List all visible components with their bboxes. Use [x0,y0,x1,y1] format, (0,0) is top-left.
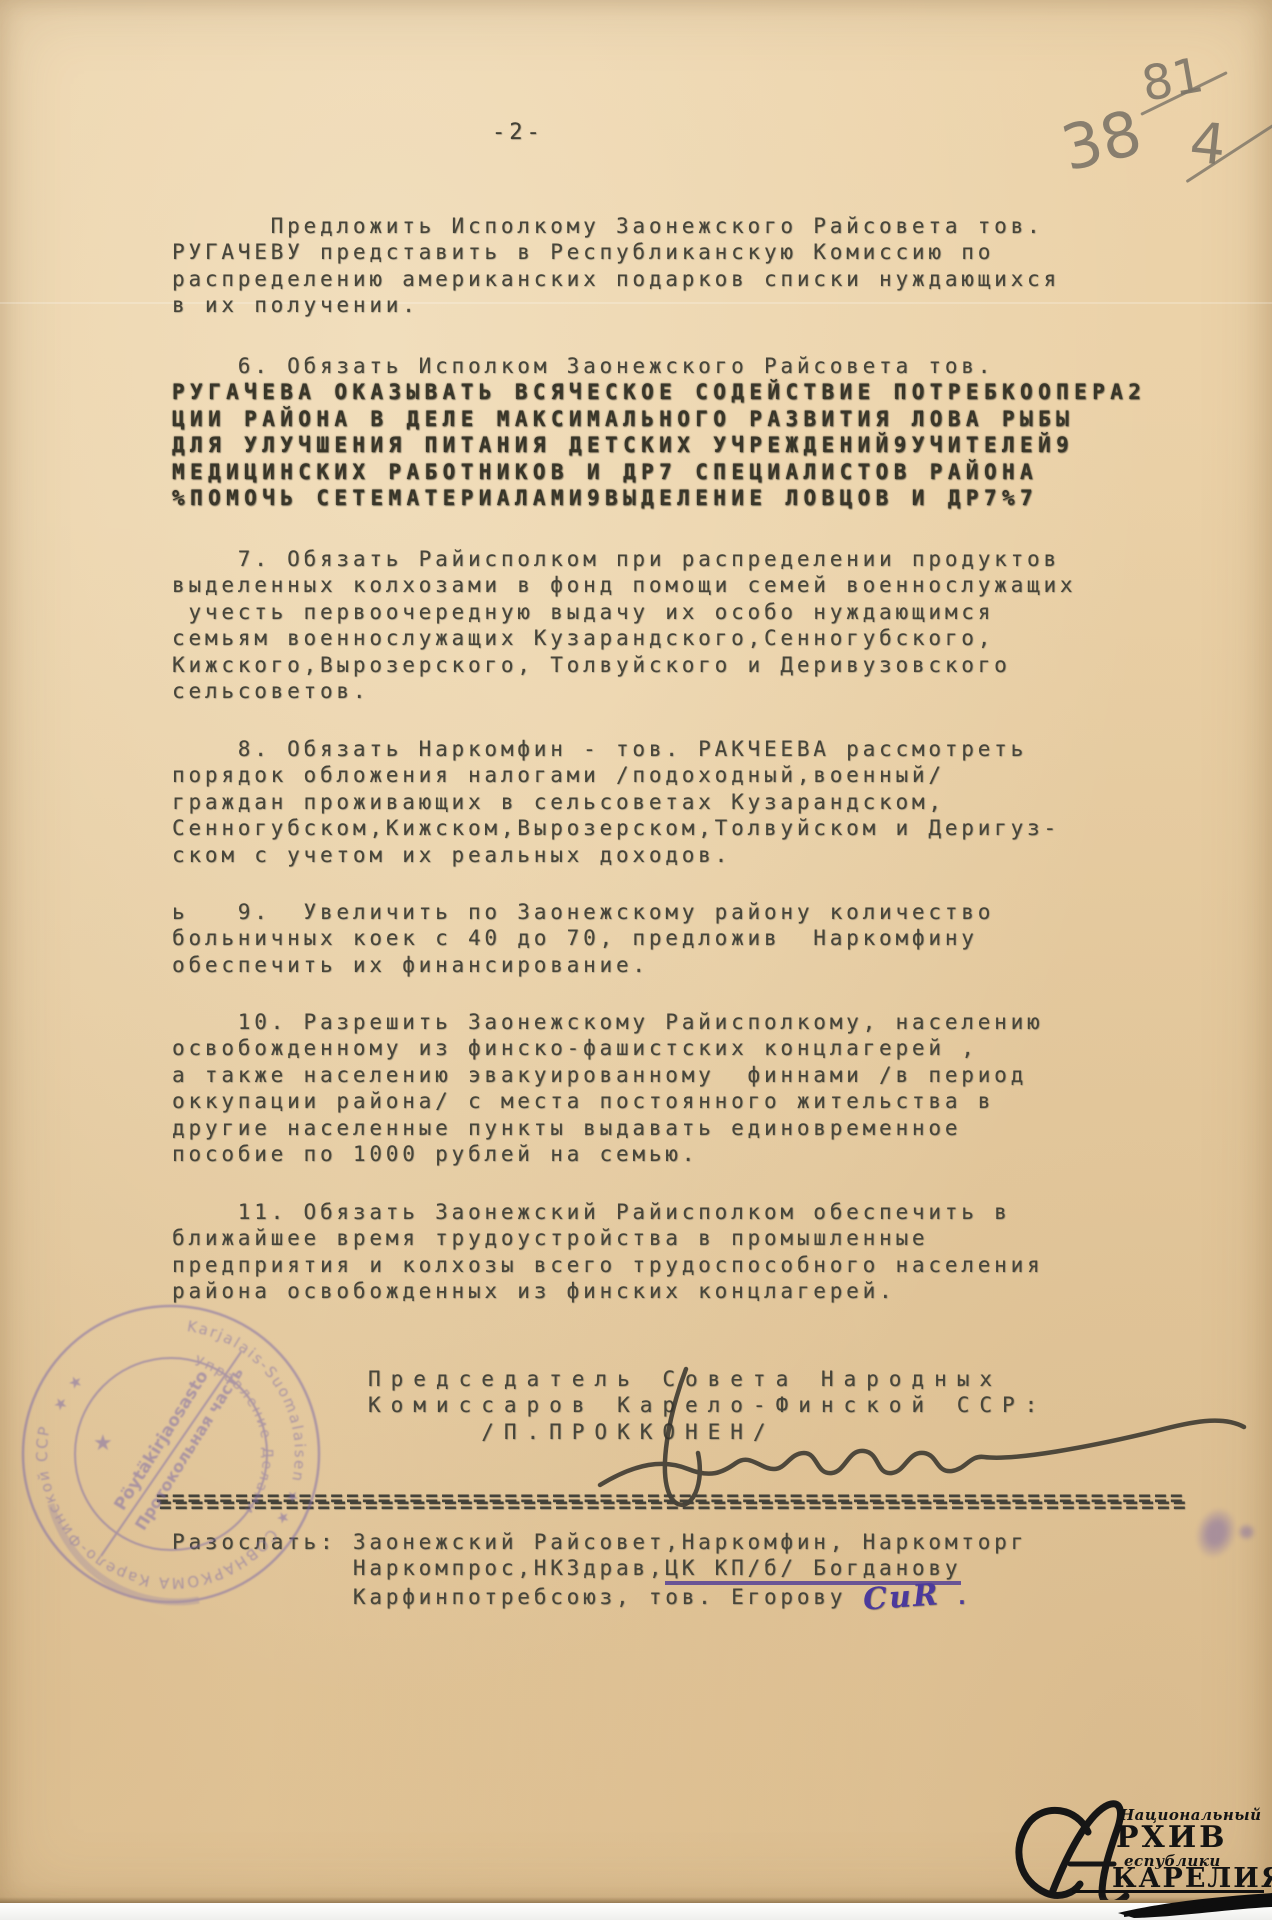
text-line: МЕДИЦИНСКИХ РАБОТНИКОВ И ДР7 СПЕЦИАЛИСТО… [172,459,1146,485]
text-line: предприятия и колхозы всего трудоспособн… [172,1252,1043,1278]
quill-icon [1118,1893,1272,1920]
pencil-note-crossed-top: 81 [1138,47,1208,113]
paragraph-7: 7. Обязать Райисполком при распределении… [172,546,1076,704]
text-line: РУГАЧЕВА ОКАЗЫВАТЬ ВСЯЧЕСКОЕ СОДЕЙСТВИЕ … [172,379,1146,405]
text-line: Предложить Исполкому Заонежского Райсове… [172,213,1060,239]
text-line: ЦИИ РАЙОНА В ДЕЛЕ МАКСИМАЛЬНОГО РАЗВИТИЯ… [172,406,1146,432]
text-line: в их получении. [172,292,1060,318]
text-line: ь 9. Увеличить по Заонежскому району кол… [172,899,994,925]
handwritten-initials: СиR [862,1582,940,1614]
text-line: освобожденному из финско-фашистских конц… [172,1035,1043,1061]
stamp-star-icon: ★ [65,1370,86,1393]
text-line: 6. Обязать Исполком Заонежского Райсовет… [172,353,1146,379]
text-line: другие населенные пункты выдавать единов… [172,1115,1043,1141]
page-number: -2- [492,120,544,145]
ink-smudge [1238,1524,1255,1540]
scanned-page: -2- 81 38 4 Предложить Исполкому Заонежс… [0,0,1272,1903]
text-line: сельсоветов. [172,678,1076,704]
paragraph-9: ь 9. Увеличить по Заонежскому району кол… [172,899,994,978]
text-line: Кижского,Вырозерского, Толвуйского и Дер… [172,652,1076,678]
text-line: семьям военнослужащих Кузарандского,Сенн… [172,625,1076,651]
text-line: а также населению эвакуированному финнам… [172,1062,1043,1088]
paragraph-8: 8. Обязать Наркомфин - тов. РАКЧЕЕВА рас… [172,736,1060,868]
text-line: распределению американских подарков спис… [172,266,1060,292]
stamp-star-icon: ★ [93,1431,113,1456]
scan-background [0,1903,1272,1920]
watermark-word: РХИВ [1116,1820,1228,1855]
distribution-text: . [939,1585,972,1609]
text-line: учесть первоочередную выдачу их особо ну… [172,599,1076,625]
text-line: ском с учетом их реальных доходов. [172,842,1060,868]
text-line: Сенногубском,Кижском,Вырозерском,Толвуйс… [172,815,1060,841]
text-line: обеспечить их финансирование. [172,952,994,978]
text-line: 8. Обязать Наркомфин - тов. РАКЧЕЕВА рас… [172,736,1060,762]
text-line: больничных коек с 40 до 70, предложив На… [172,925,994,951]
paragraph-11: 11. Обязать Заонежский Райисполком обесп… [172,1199,1043,1305]
text-line: 11. Обязать Заонежский Райисполком обесп… [172,1199,1043,1225]
paragraph-6: 6. Обязать Исполком Заонежского Райсовет… [172,353,1146,511]
text-line: %ПОМОЧЬ СЕТЕМАТЕРИАЛАМИ9ВЫДЕЛЕНИЕ ЛОВЦОВ… [172,485,1146,511]
text-line: граждан проживающих в сельсоветах Кузара… [172,789,1060,815]
text-line: оккупации района/ с места постоянного жи… [172,1088,1043,1114]
text-line: РУГАЧЕВУ представить в Республиканскую К… [172,239,1060,265]
text-line: ДЛЯ УЛУЧШЕНИЯ ПИТАНИЯ ДЕТСКИХ УЧРЕЖДЕНИЙ… [172,432,1146,458]
text-line: выделенных колхозами в фонд помощи семей… [172,572,1076,598]
text-line: пособие по 1000 рублей на семью. [172,1141,1043,1167]
stamp-star-icon: ★ [50,1392,72,1416]
paragraph-10: 10. Разрешить Заонежскому Райисполкому, … [172,1009,1043,1167]
official-round-stamp: Karjalais-Suomalaisen ★ ★ СОВНАРКОМА Кар… [5,1292,337,1634]
paragraph-intro: Предложить Исполкому Заонежского Райсове… [172,213,1060,319]
text-line: ближайшее время трудоустройства в промыш… [172,1225,1043,1251]
text-line: 7. Обязать Райисполком при распределении… [172,546,1076,572]
text-line: порядок обложения налогами /подоходный,в… [172,762,1060,788]
text-line: 10. Разрешить Заонежскому Райисполкому, … [172,1009,1043,1035]
pencil-note-big: 38 [1054,96,1148,186]
